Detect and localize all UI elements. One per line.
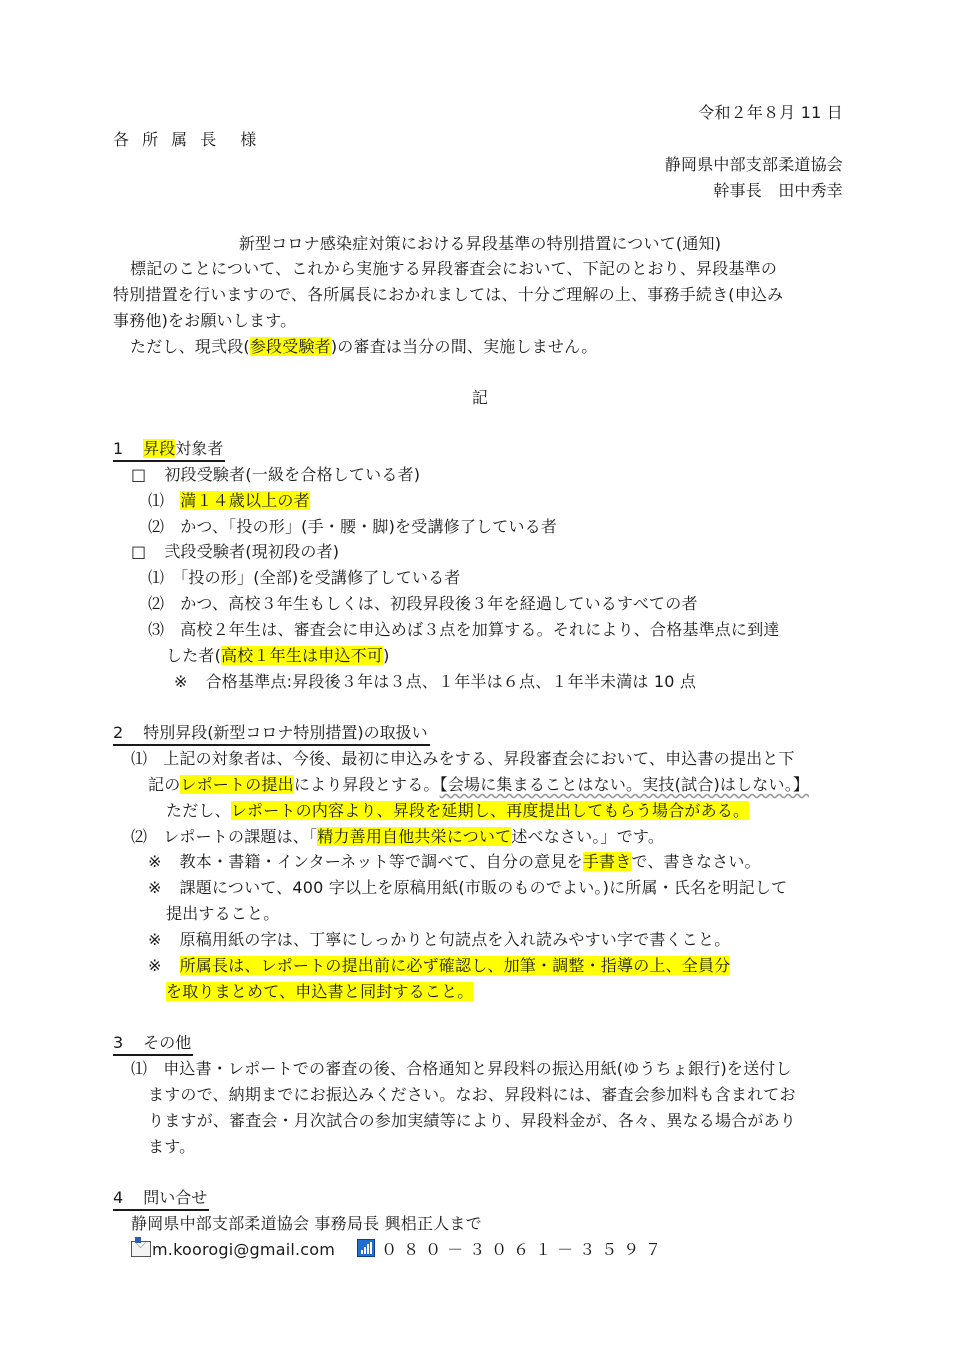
s2-note-1: ※教本・書籍・インターネット等で調べて、自分の意見を手書きで、書きなさい。 — [148, 851, 761, 873]
note-text: 合格基準点:昇段後３年は３点、１年半は６点、１年半未満は 10 点 — [206, 672, 697, 691]
nidan-item-3: ⑶高校２年生は、審査会に申込めば３点を加算する。それにより、合格基準点に到達 — [148, 619, 780, 641]
ki-heading: 記 — [0, 387, 960, 409]
section-2-number: 2 — [113, 723, 123, 742]
group-nidan-label: 弐段受験者(現初段の者) — [164, 542, 339, 561]
s2-item-1-line-2: 記のレポートの提出により昇段とする。【会場に集まることはない。実技(試合)はしな… — [148, 774, 809, 796]
s3-item-1-line-1: ⑴申込書・レポートでの審査の後、合格通知と昇段料の振込用紙(ゆうちょ銀行)を送付… — [131, 1058, 792, 1080]
section-4-title: 問い合せ — [143, 1188, 207, 1207]
section-3-title: その他 — [143, 1033, 191, 1052]
item-text-highlight: 満１４歳以上の者 — [180, 491, 310, 510]
note-mark: ※ — [148, 930, 162, 949]
item-text: レポートの課題は、「 — [163, 827, 317, 846]
item-number: ⑴ — [148, 568, 164, 587]
item-text: ) — [383, 646, 389, 665]
item-text: 「投の形」(全部)を受講修了している者 — [172, 568, 460, 587]
item-number: ⑴ — [131, 749, 147, 768]
item-number: ⑴ — [148, 491, 164, 510]
item-number: ⑴ — [131, 1059, 147, 1078]
document-title: 新型コロナ感染症対策における昇段基準の特別措置について(通知) — [0, 233, 960, 255]
item-number: ⑶ — [148, 620, 164, 639]
contact-phone: ０８０－３０６１－３５９７ — [381, 1240, 667, 1259]
s2-item-1-line-1: ⑴上記の対象者は、今後、最初に申込みをする、昇段審査会において、申込書の提出と下 — [131, 748, 795, 770]
item-number: ⑵ — [148, 594, 164, 613]
document-date: 令和２年８月 11 日 — [698, 102, 843, 124]
contact-email[interactable]: m.koorogi@gmail.com — [152, 1240, 335, 1259]
section-2-title: 特別昇段(新型コロナ特別措置)の取扱い — [143, 723, 428, 742]
note-mark: ※ — [148, 878, 162, 897]
note-mark: ※ — [174, 672, 188, 691]
intro-line-3: 事務他)をお願いします。 — [113, 310, 296, 332]
note-mark: ※ — [148, 956, 162, 975]
item-text-highlight: レポートの内容より、昇段を延期し、再度提出してもらう場合がある。 — [231, 801, 749, 820]
note-mark: ※ — [148, 852, 162, 871]
note-text-highlight: 所属長は、レポートの提出前に必ず確認し、加筆・調整・指導の上、全員分 — [180, 956, 731, 975]
item-text: 述べなさい。」です。 — [511, 827, 664, 846]
shodan-item-2: ⑵かつ、「投の形」(手・腰・脚)を受講修了している者 — [148, 516, 557, 538]
nidan-item-1: ⑴「投の形」(全部)を受講修了している者 — [148, 567, 461, 589]
section-1-number: 1 — [113, 439, 123, 458]
item-text: 記の — [148, 775, 180, 794]
s2-item-1-line-3: ただし、レポートの内容より、昇段を延期し、再度提出してもらう場合がある。 — [166, 800, 749, 822]
section-4-heading: 4問い合せ — [113, 1187, 209, 1211]
item-text: により昇段とする。 — [294, 775, 440, 794]
shodan-item-1: ⑴満１４歳以上の者 — [148, 490, 310, 512]
intro-line-4: ただし、現弐段(参段受験者)の審査は当分の間、実施しません。 — [130, 336, 597, 358]
item-text: 申込書・レポートでの審査の後、合格通知と昇段料の振込用紙(ゆうちょ銀行)を送付し — [163, 1059, 792, 1078]
section-1-title-highlight: 昇段 — [143, 439, 175, 458]
item-text: かつ、「投の形」(手・腰・脚)を受講修了している者 — [180, 517, 557, 536]
checkbox-icon: □ — [131, 465, 146, 484]
note-text: 教本・書籍・インターネット等で調べて、自分の意見を — [180, 852, 583, 871]
intro-note-pre: ただし、現弐段( — [130, 337, 250, 356]
item-text: 高校２年生は、審査会に申込めば３点を加算する。それにより、合格基準点に到達 — [180, 620, 779, 639]
contact-line: 静岡県中部支部柔道協会 事務局長 興梠正人まで — [131, 1213, 482, 1235]
sender-organization: 静岡県中部支部柔道協会 — [665, 154, 843, 176]
section-2-heading: 2特別昇段(新型コロナ特別措置)の取扱い — [113, 722, 430, 746]
contact-details: m.koorogi@gmail.com０８０－３０６１－３５９７ — [131, 1239, 667, 1261]
s3-item-1-line-2: ますので、納期までにお振込みください。なお、昇段料には、審査会参加料も含まれてお — [148, 1084, 796, 1106]
intro-note-post: )の審査は当分の間、実施しません。 — [331, 337, 598, 356]
s2-note-3: ※原稿用紙の字は、丁寧にしっかりと句読点を入れ読みやすい字で書くこと。 — [148, 929, 730, 951]
item-text: した者( — [166, 646, 221, 665]
note-text: で、書きなさい。 — [631, 852, 760, 871]
s2-note-2-cont: 提出すること。 — [166, 903, 279, 925]
item-text-highlight: 高校１年生は申込不可 — [221, 646, 383, 665]
s3-item-1-line-3: りますが、審査会・月次試合の参加実績等により、昇段料金が、各々、異なる場合があり — [148, 1110, 796, 1132]
note-text: 課題について、400 字以上を原稿用紙(市販のものでよい。)に所属・氏名を明記し… — [180, 878, 788, 897]
addressee: 各 所 属 長 様 — [113, 129, 260, 151]
note-text-highlight: 手書き — [583, 852, 632, 871]
passing-score-note: ※合格基準点:昇段後３年は３点、１年半は６点、１年半未満は 10 点 — [174, 671, 696, 693]
group-shodan: □初段受験者(一級を合格している者) — [131, 464, 420, 486]
item-number: ⑵ — [148, 517, 164, 536]
item-text-highlight: 精力善用自他共栄について — [317, 827, 511, 846]
intro-line-1: 標記のことについて、これから実施する昇段審査会において、下記のとおり、昇段基準の — [130, 258, 777, 280]
s2-note-2: ※課題について、400 字以上を原稿用紙(市販のものでよい。)に所属・氏名を明記… — [148, 877, 787, 899]
mail-icon — [131, 1241, 151, 1257]
section-3-number: 3 — [113, 1033, 123, 1052]
item-text: かつ、高校３年生もしくは、初段昇段後３年を経過しているすべての者 — [180, 594, 697, 613]
note-text-highlight: を取りまとめて、申込書と同封すること。 — [166, 982, 473, 1001]
section-3-heading: 3その他 — [113, 1032, 193, 1056]
s2-item-2: ⑵レポートの課題は、「精力善用自他共栄について述べなさい。」です。 — [131, 826, 664, 848]
nidan-item-3-cont: した者(高校１年生は申込不可) — [166, 645, 390, 667]
note-text: 原稿用紙の字は、丁寧にしっかりと句読点を入れ読みやすい字で書くこと。 — [180, 930, 731, 949]
section-4-number: 4 — [113, 1188, 123, 1207]
item-text-highlight: レポートの提出 — [180, 775, 293, 794]
s3-item-1-line-4: ます。 — [148, 1136, 195, 1158]
group-nidan: □弐段受験者(現初段の者) — [131, 541, 339, 563]
s2-note-4-cont: を取りまとめて、申込書と同封すること。 — [166, 981, 473, 1003]
intro-line-2: 特別措置を行いますので、各所属長におかれましては、十分ご理解の上、事務手続き(申… — [113, 284, 783, 306]
sender-name: 幹事長 田中秀幸 — [713, 180, 843, 202]
item-number: ⑵ — [131, 827, 147, 846]
highlight-sandan: 参段受験者 — [250, 337, 331, 356]
checkbox-icon: □ — [131, 542, 146, 561]
s2-note-4: ※所属長は、レポートの提出前に必ず確認し、加筆・調整・指導の上、全員分 — [148, 955, 730, 977]
group-shodan-label: 初段受験者(一級を合格している者) — [164, 465, 420, 484]
section-1-title: 対象者 — [175, 439, 223, 458]
item-text-wavy: 【会場に集まることはない。実技(試合)はしない。】 — [440, 775, 810, 794]
section-1-heading: 1昇段対象者 — [113, 438, 225, 462]
phone-icon — [357, 1239, 375, 1257]
item-text: ただし、 — [166, 801, 231, 820]
nidan-item-2: ⑵かつ、高校３年生もしくは、初段昇段後３年を経過しているすべての者 — [148, 593, 698, 615]
item-text: 上記の対象者は、今後、最初に申込みをする、昇段審査会において、申込書の提出と下 — [163, 749, 794, 768]
